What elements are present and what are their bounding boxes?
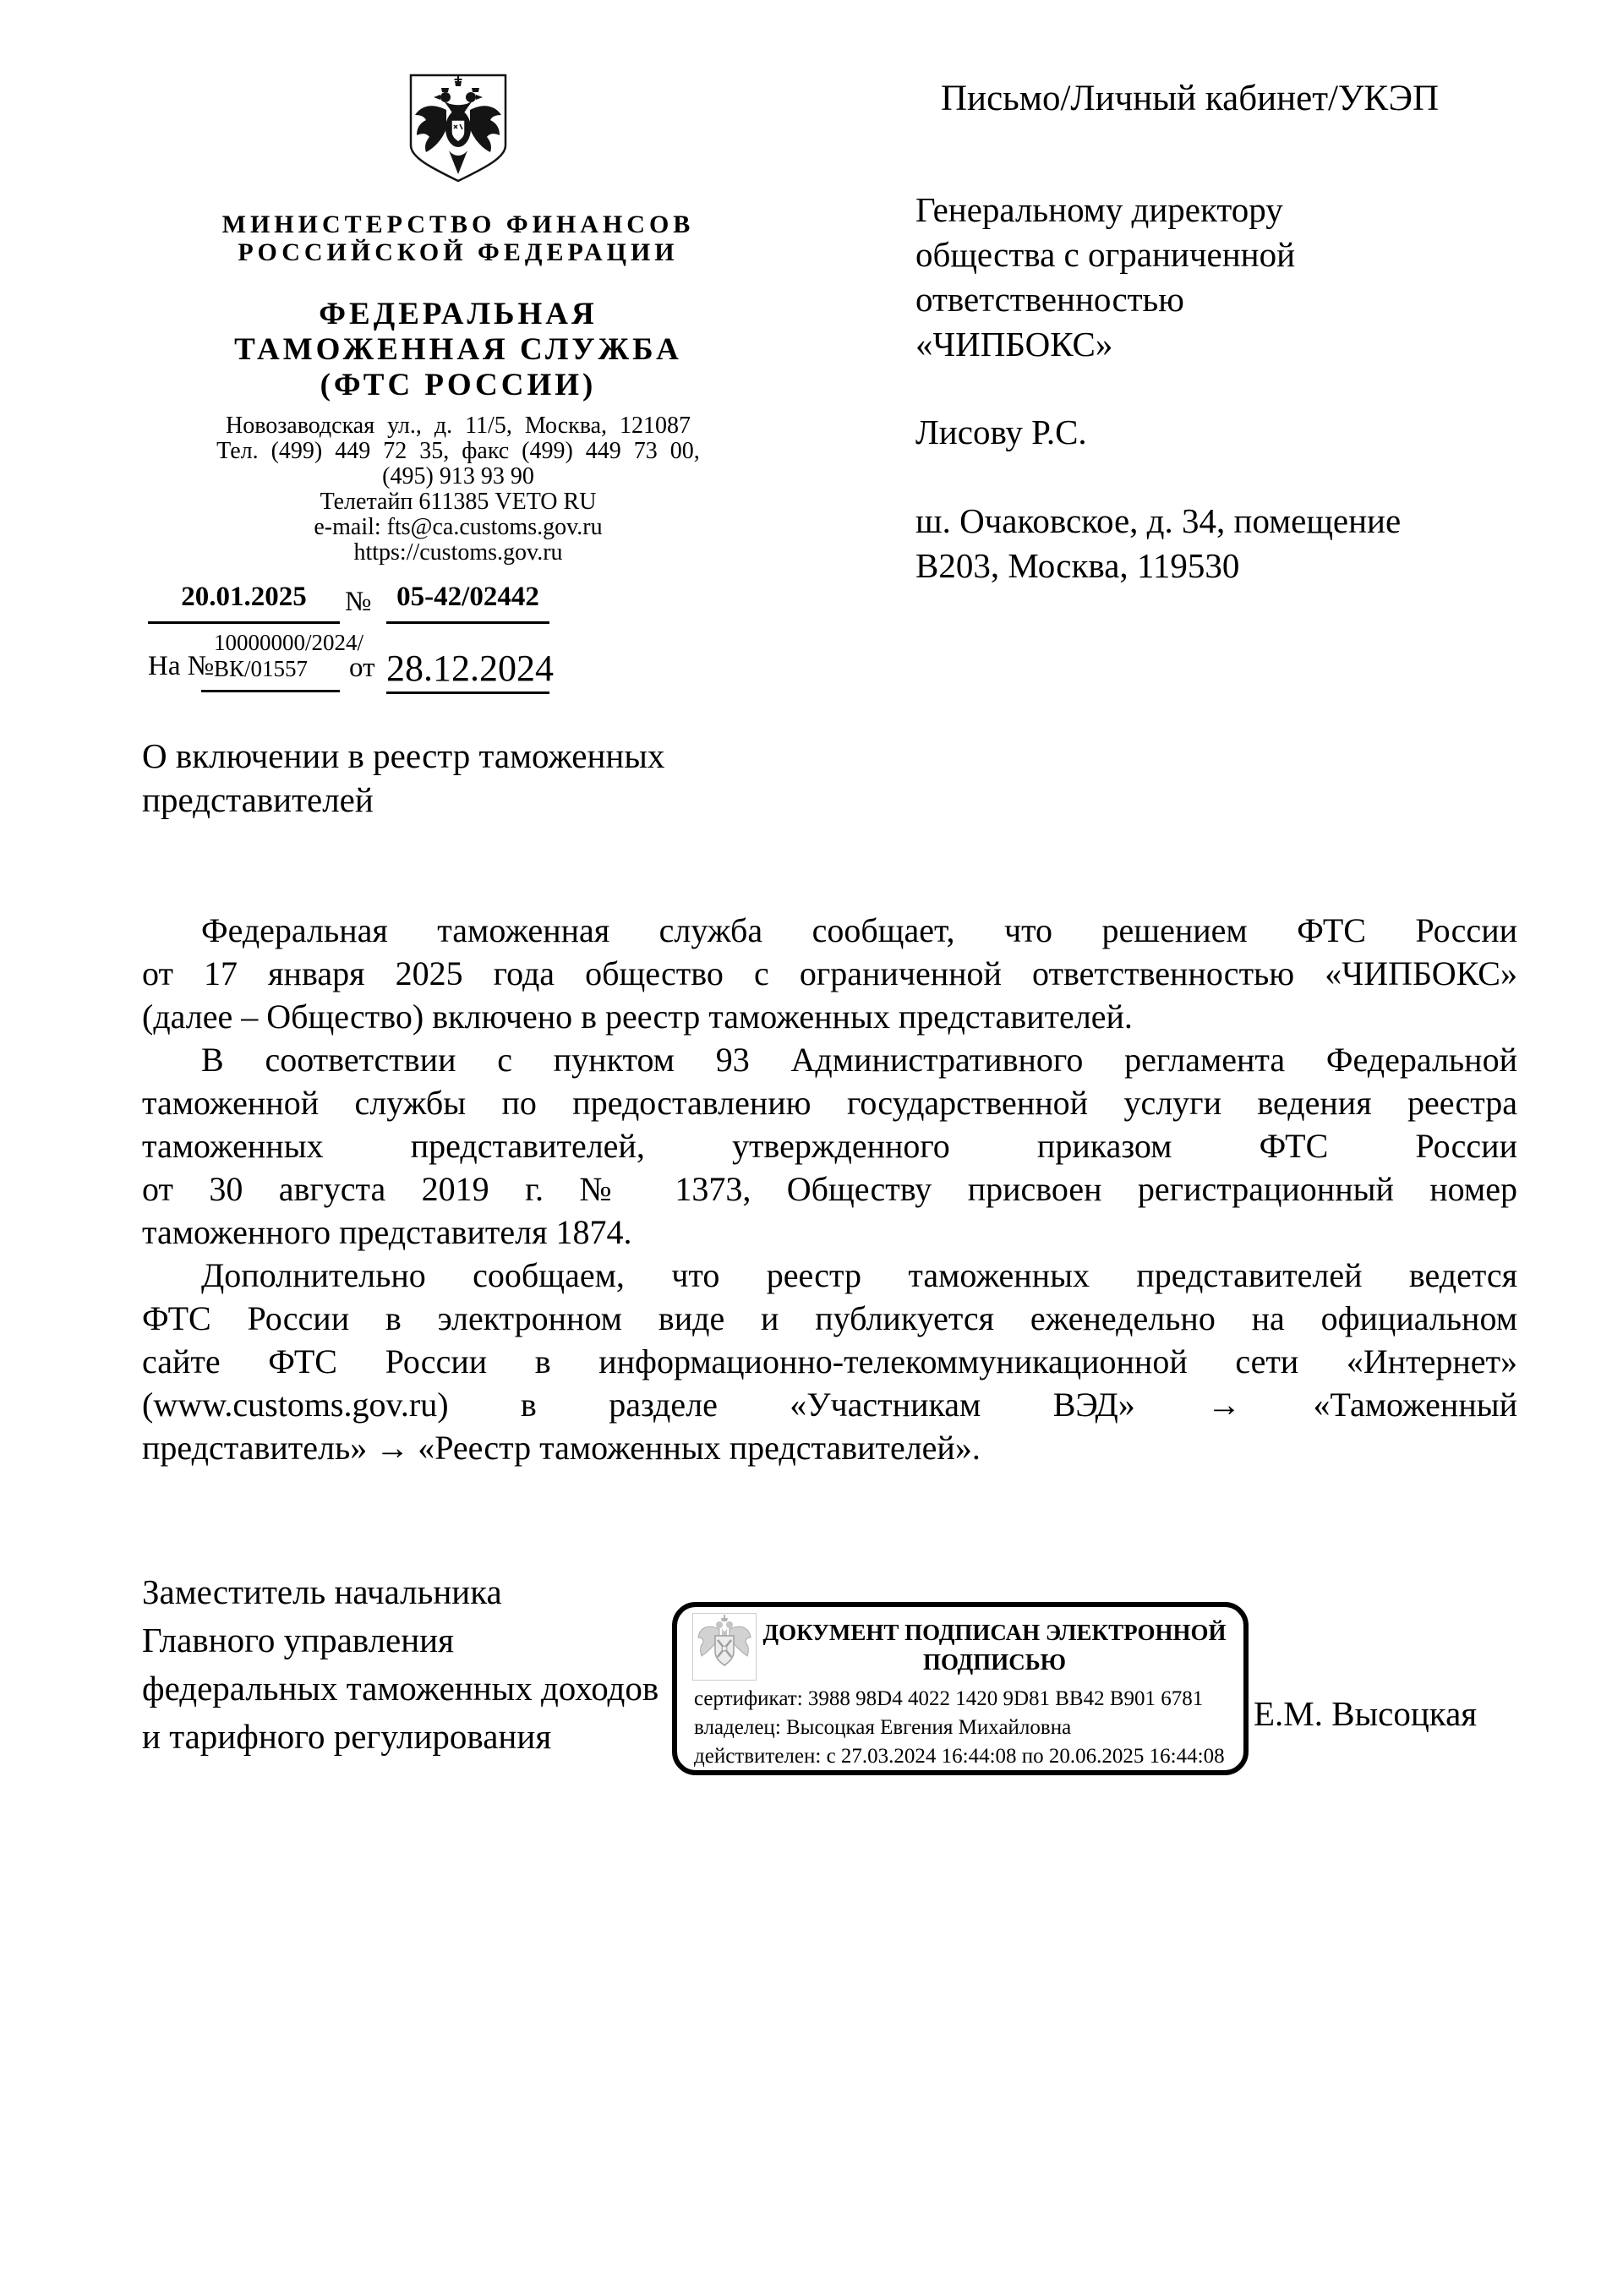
outgoing-number: 05-42/02442 [386, 582, 549, 613]
incoming-date: 28.12.2024 [386, 647, 549, 690]
recipient-person: Лисову Р.С. [915, 410, 1575, 455]
stamp-title: ДОКУМЕНТ ПОДПИСАН ЭЛЕКТРОННОЙ ПОДПИСЬЮ [757, 1618, 1232, 1677]
doc-type-label: Письмо/Личный кабинет/УКЭП [941, 78, 1439, 119]
e-signature-stamp: ДОКУМЕНТ ПОДПИСАН ЭЛЕКТРОННОЙ ПОДПИСЬЮ с… [672, 1602, 1249, 1775]
body-line: от 30 августа 2019 г. № 1373, Обществу п… [142, 1167, 1517, 1211]
recipient-address: ш. Очаковское, д. 34, помещение В203, Мо… [915, 499, 1575, 588]
body-line: таможенных представителей, утвержденного… [142, 1124, 1517, 1167]
russia-coat-of-arms-icon [167, 73, 750, 189]
signer-name: Е.М. Высоцкая [1254, 1693, 1477, 1734]
ministry-line-2: РОССИЙСКОЙ ФЕДЕРАЦИИ [167, 238, 750, 266]
agency-line-2: ТАМОЖЕННАЯ СЛУЖБА [167, 332, 750, 368]
body-line: сайте ФТС России в информационно-телеком… [142, 1340, 1517, 1383]
stamp-owner: владелец: Высоцкая Евгения Михайловна [694, 1714, 1225, 1742]
incoming-label: На № [148, 651, 214, 682]
signer-position-line: федеральных таможенных доходов [142, 1665, 734, 1713]
letter-page: Письмо/Личный кабинет/УКЭП [0, 0, 1623, 2296]
signer-position: Заместитель начальника Главного управлен… [142, 1568, 734, 1761]
recipient-address-line: В203, Москва, 119530 [915, 544, 1575, 588]
incoming-date-underline [386, 692, 549, 694]
outgoing-date-underline [148, 621, 340, 624]
incoming-number-line-1: 10000000/2024/ [214, 630, 363, 656]
address-line: Новозаводская ул., д. 11/5, Москва, 1210… [167, 413, 750, 439]
body-line: В соответствии с пунктом 93 Администрати… [142, 1038, 1517, 1081]
outgoing-number-underline [386, 621, 549, 624]
body-line: Федеральная таможенная служба сообщает, … [142, 909, 1517, 952]
body-line: (www.customs.gov.ru) в разделе «Участник… [142, 1383, 1517, 1426]
signer-position-line: Главного управления [142, 1616, 734, 1665]
recipient-line: общества с ограниченной [915, 232, 1575, 277]
stamp-info: сертификат: 3988 98D4 4022 1420 9D81 BB4… [694, 1685, 1225, 1771]
letterhead: МИНИСТЕРСТВО ФИНАНСОВ РОССИЙСКОЙ ФЕДЕРАЦ… [167, 73, 750, 566]
recipient-address-line: ш. Очаковское, д. 34, помещение [915, 499, 1575, 544]
address-line: Телетайп 611385 VETO RU [167, 489, 750, 515]
from-label: от [349, 653, 375, 684]
customs-emblem-icon [692, 1613, 757, 1681]
recipient-line: ответственностью [915, 277, 1575, 322]
letter-body: Федеральная таможенная служба сообщает, … [142, 909, 1517, 1469]
body-line: от 17 января 2025 года общество с ограни… [142, 952, 1517, 995]
outgoing-date: 20.01.2025 [148, 582, 340, 613]
recipient-line: «ЧИПБОКС» [915, 322, 1575, 367]
number-sign: № [345, 587, 372, 618]
subject: О включении в реестр таможенных представ… [142, 734, 784, 822]
address-line: https://customs.gov.ru [167, 540, 750, 566]
stamp-title-line: ДОКУМЕНТ ПОДПИСАН ЭЛЕКТРОННОЙ [757, 1618, 1232, 1648]
body-line: Дополнительно сообщаем, что реестр тамож… [142, 1254, 1517, 1297]
paragraph-3: Дополнительно сообщаем, что реестр тамож… [142, 1254, 1517, 1469]
signer-position-line: и тарифного регулирования [142, 1713, 734, 1761]
agency-line-3: (ФТС РОССИИ) [167, 368, 750, 403]
incoming-number-underline [201, 690, 340, 692]
stamp-title-line: ПОДПИСЬЮ [757, 1648, 1232, 1677]
body-line: ФТС России в электронном виде и публикуе… [142, 1297, 1517, 1340]
recipient-line: Генеральному директору [915, 188, 1575, 232]
body-line: представитель» → «Реестр таможенных пред… [142, 1426, 1517, 1469]
incoming-number: 10000000/2024/ ВК/01557 [214, 630, 363, 682]
letterhead-address: Новозаводская ул., д. 11/5, Москва, 1210… [167, 413, 750, 566]
subject-line: О включении в реестр таможенных [142, 734, 784, 778]
stamp-certificate: сертификат: 3988 98D4 4022 1420 9D81 BB4… [694, 1685, 1225, 1714]
signer-position-line: Заместитель начальника [142, 1568, 734, 1616]
paragraph-2: В соответствии с пунктом 93 Администрати… [142, 1038, 1517, 1254]
body-line: таможенного представителя 1874. [142, 1211, 1517, 1254]
stamp-validity: действителен: с 27.03.2024 16:44:08 по 2… [694, 1742, 1225, 1771]
recipient-block: Генеральному директору общества с ограни… [915, 188, 1575, 588]
paragraph-1: Федеральная таможенная служба сообщает, … [142, 909, 1517, 1038]
address-line: e-mail: fts@ca.customs.gov.ru [167, 515, 750, 540]
body-line: (далее – Общество) включено в реестр там… [142, 995, 1517, 1038]
body-line: таможенной службы по предоставлению госу… [142, 1081, 1517, 1124]
incoming-number-line-2: ВК/01557 [214, 656, 363, 682]
subject-line: представителей [142, 778, 784, 822]
address-line: (495) 913 93 90 [167, 464, 750, 489]
ministry-line-1: МИНИСТЕРСТВО ФИНАНСОВ [167, 210, 750, 238]
address-line: Тел. (499) 449 72 35, факс (499) 449 73 … [167, 439, 750, 464]
agency-line-1: ФЕДЕРАЛЬНАЯ [167, 297, 750, 332]
